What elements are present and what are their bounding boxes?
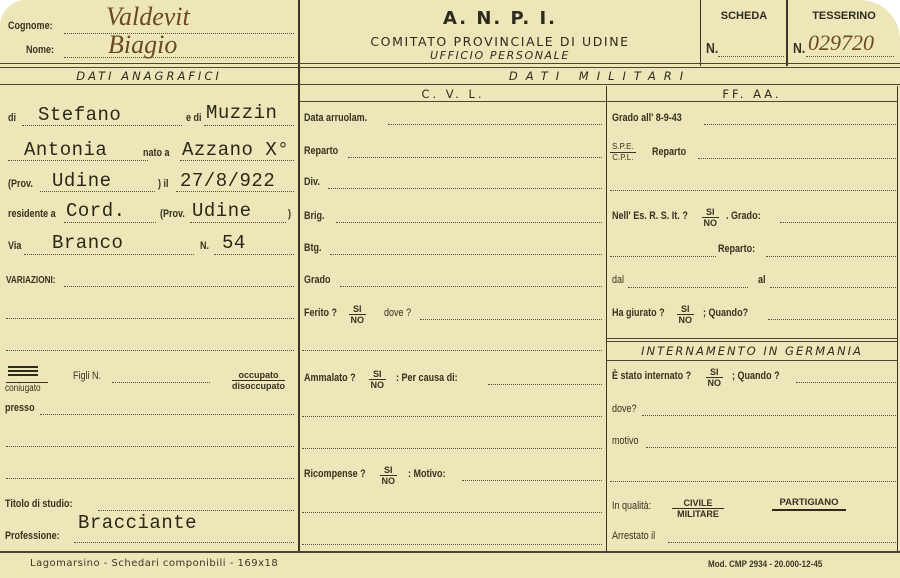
internato-label: È stato internato ?: [612, 370, 691, 382]
scheda-n-label: N.: [706, 40, 718, 57]
rsi-reparto-label: Reparto:: [718, 243, 755, 255]
professione-label: Professione:: [5, 530, 60, 542]
ferito-dove-field[interactable]: [420, 319, 602, 320]
grado-8943-field[interactable]: [704, 124, 896, 125]
data-arruolam-label: Data arruolam.: [304, 112, 367, 124]
giurato-si-no[interactable]: SI NO: [677, 304, 694, 325]
rule: [606, 360, 898, 361]
dal-label: dal: [612, 274, 624, 286]
prov-label: (Prov.: [8, 178, 33, 190]
al-field[interactable]: [770, 287, 896, 288]
ffaa-reparto-field[interactable]: [698, 158, 896, 159]
militare-label: MILITARE: [672, 509, 724, 519]
div-field[interactable]: [328, 188, 602, 189]
section-cvl: C. V. L.: [300, 87, 606, 101]
dotted-line: [176, 191, 294, 192]
dotted-line: [64, 33, 294, 34]
dotted-line: [610, 190, 896, 191]
tesserino-label: TESSERINO: [788, 10, 900, 22]
occupato-fraction: occupato disoccupato: [232, 370, 285, 391]
al-label: al: [758, 274, 766, 286]
qualita-label: In qualità:: [612, 500, 651, 512]
birth-date: 27/8/922: [180, 170, 275, 192]
rule: [0, 67, 900, 68]
committee-title: COMITATO PROVINCIALE DI UDINE: [300, 34, 700, 49]
divider-cvl-ffaa: [606, 86, 607, 552]
divider-scheda: [700, 0, 701, 66]
residence: Cord.: [66, 200, 126, 222]
no-label: NO: [677, 315, 694, 325]
internato-dove-field[interactable]: [642, 415, 896, 416]
dotted-line: [74, 542, 294, 543]
div-label: Div.: [304, 176, 320, 188]
rule: [0, 551, 900, 553]
nato-label: nato a: [143, 147, 170, 159]
rule: [0, 84, 900, 85]
variazioni-label: VARIAZIONI:: [6, 275, 56, 286]
rule: [0, 63, 900, 64]
dotted-line: [204, 125, 294, 126]
internato-si-no[interactable]: SI NO: [706, 367, 723, 388]
no-label: NO: [349, 315, 366, 325]
rule: [606, 338, 898, 339]
ffaa-reparto-label: Reparto: [652, 146, 686, 158]
birthplace: Azzano X°: [182, 139, 289, 161]
ammalato-si-no[interactable]: SI NO: [369, 369, 386, 390]
section-dati-militari: DATI MILITARI: [300, 69, 900, 83]
dotted-line: [64, 286, 294, 287]
si-label: SI: [706, 367, 723, 378]
ferito-dove-label: dove ?: [384, 307, 411, 319]
btg-field[interactable]: [330, 254, 602, 255]
dotted-line: [6, 478, 294, 479]
dotted-line: [190, 222, 286, 223]
giurato-quando-field[interactable]: [768, 319, 896, 320]
mother-name: Antonia: [24, 139, 107, 161]
di-label: di: [8, 112, 16, 124]
titolo-field[interactable]: [98, 510, 294, 511]
giurato-label: Ha giurato ?: [612, 307, 665, 319]
data-arruolam-field[interactable]: [388, 124, 602, 125]
dotted-line: [64, 222, 156, 223]
nome-label: Nome:: [26, 44, 54, 56]
footer-publisher: Lagomarsino - Schedari componibili - 169…: [30, 558, 278, 569]
si-label: SI: [380, 465, 397, 476]
ricompense-si-no[interactable]: SI NO: [380, 465, 397, 486]
no-label: NO: [369, 380, 386, 390]
section-internamento: INTERNAMENTO IN GERMANIA: [607, 344, 897, 358]
partigiano-label: PARTIGIANO: [772, 498, 846, 511]
cpl-label: C.P.L.: [610, 153, 636, 163]
cvl-reparto-label: Reparto: [304, 145, 338, 157]
civile-militare-fraction[interactable]: CIVILE MILITARE: [672, 498, 724, 519]
rsi-grado-label: . Grado:: [726, 210, 761, 222]
spe-label: S.P.E.: [610, 142, 636, 153]
brig-field[interactable]: [336, 222, 602, 223]
dotted-line: [6, 446, 294, 447]
motivo-label: : Motivo:: [408, 468, 446, 480]
si-label: SI: [369, 369, 386, 380]
internato-quando-label: ; Quando ?: [732, 370, 780, 382]
dotted-line: [610, 481, 896, 482]
ammalato-label: Ammalato ?: [304, 372, 356, 384]
grado-8943-label: Grado all' 8-9-43: [612, 112, 682, 124]
father-name: Stefano: [38, 104, 121, 126]
via-label: Via: [8, 240, 21, 252]
tesserino-n-label: N.: [793, 40, 805, 57]
section-ffaa: FF. AA.: [607, 87, 897, 101]
coniugato-label: coniugato: [5, 383, 41, 394]
marital-strikeout: [6, 362, 48, 383]
street-number: 54: [222, 232, 246, 254]
dotted-line: [610, 256, 716, 257]
dotted-line: [302, 512, 602, 513]
birth-province: Udine: [52, 170, 112, 192]
dotted-line: [302, 448, 602, 449]
office-title: UFFICIO PERSONALE: [300, 49, 700, 62]
dotted-line: [40, 191, 155, 192]
disoccupato-label: disoccupato: [232, 381, 285, 391]
nome-value: Biagio: [108, 30, 177, 60]
rsi-si-no[interactable]: SI NO: [702, 207, 719, 228]
brig-label: Brig.: [304, 210, 325, 222]
divider-right: [897, 86, 898, 552]
residente-label: residente a: [8, 208, 56, 220]
street: Branco: [52, 232, 123, 254]
prov2-label: (Prov.: [160, 208, 185, 220]
scheda-n-field[interactable]: [718, 56, 784, 57]
internato-dove-label: dove?: [612, 403, 637, 415]
giurato-quando-label: ; Quando?: [703, 307, 748, 319]
scheda-label: SCHEDA: [702, 10, 786, 22]
dotted-line: [22, 125, 182, 126]
dotted-line: [64, 57, 294, 58]
dotted-line: [180, 160, 294, 161]
section-dati-anagrafici: DATI ANAGRAFICI: [0, 69, 298, 83]
figli-field[interactable]: [112, 382, 210, 383]
no-label: NO: [706, 378, 723, 388]
rsi-grado-field[interactable]: [780, 222, 896, 223]
dotted-line: [8, 160, 148, 161]
close-paren: ): [288, 208, 291, 220]
si-label: SI: [702, 207, 719, 218]
ferito-label: Ferito ?: [304, 307, 337, 319]
presso-label: presso: [5, 402, 35, 414]
spe-cpl-fraction[interactable]: S.P.E. C.P.L.: [610, 142, 636, 163]
cvl-grado-label: Grado: [304, 274, 331, 286]
org-title: A. N. P. I.: [300, 8, 700, 29]
internato-motivo-field[interactable]: [646, 447, 896, 448]
presso-field[interactable]: [40, 414, 294, 415]
cognome-label: Cognome:: [8, 20, 53, 32]
dotted-line: [214, 254, 294, 255]
dotted-line: [6, 318, 294, 319]
ricompense-motivo-field[interactable]: [462, 480, 602, 481]
no-label: NO: [702, 218, 719, 228]
arrestato-field[interactable]: [668, 542, 896, 543]
internato-quando-field[interactable]: [796, 382, 896, 383]
civile-label: CIVILE: [672, 498, 724, 509]
rsi-label: Nell' Es. R. S. It. ?: [612, 210, 688, 222]
mother-surname: Muzzin: [206, 102, 277, 124]
cvl-reparto-field[interactable]: [348, 157, 602, 158]
rsi-reparto-field[interactable]: [766, 256, 896, 257]
partigiano-option[interactable]: PARTIGIANO: [772, 498, 846, 511]
rule: [298, 101, 898, 102]
no-label: NO: [380, 476, 397, 486]
titolo-label: Titolo di studio:: [5, 498, 72, 510]
per-causa-field[interactable]: [488, 384, 602, 385]
footer-model: Mod. CMP 2934 - 20.000-12-45: [708, 559, 822, 570]
dotted-line: [302, 544, 602, 545]
dotted-line: [302, 416, 602, 417]
ricompense-label: Ricompense ?: [304, 468, 366, 480]
si-label: SI: [677, 304, 694, 315]
tesserino-n-value: 029720: [808, 30, 874, 56]
dotted-line: [806, 56, 894, 57]
rule: [606, 341, 898, 342]
occupato-label: occupato: [232, 370, 285, 381]
per-causa-label: : Per causa di:: [396, 372, 458, 384]
anpi-record-card: Cognome: Valdevit Nome: Biagio A. N. P. …: [0, 0, 900, 578]
btg-label: Btg.: [304, 242, 322, 254]
dal-field[interactable]: [628, 287, 748, 288]
si-label: SI: [349, 304, 366, 315]
il-label: ) il: [158, 178, 169, 190]
cognome-value: Valdevit: [106, 2, 190, 32]
dotted-line: [6, 350, 294, 351]
residence-province: Udine: [192, 200, 252, 222]
n-label: N.: [200, 240, 209, 252]
dotted-line: [24, 254, 194, 255]
arrestato-label: Arrestato il: [612, 530, 655, 542]
internato-motivo-label: motivo: [612, 435, 639, 447]
figli-label: Figli N.: [73, 370, 101, 382]
cvl-grado-field[interactable]: [340, 286, 602, 287]
dotted-line: [302, 350, 602, 351]
professione-value: Bracciante: [78, 512, 197, 534]
ferito-si-no[interactable]: SI NO: [349, 304, 366, 325]
e-di-label: e di: [186, 112, 202, 124]
